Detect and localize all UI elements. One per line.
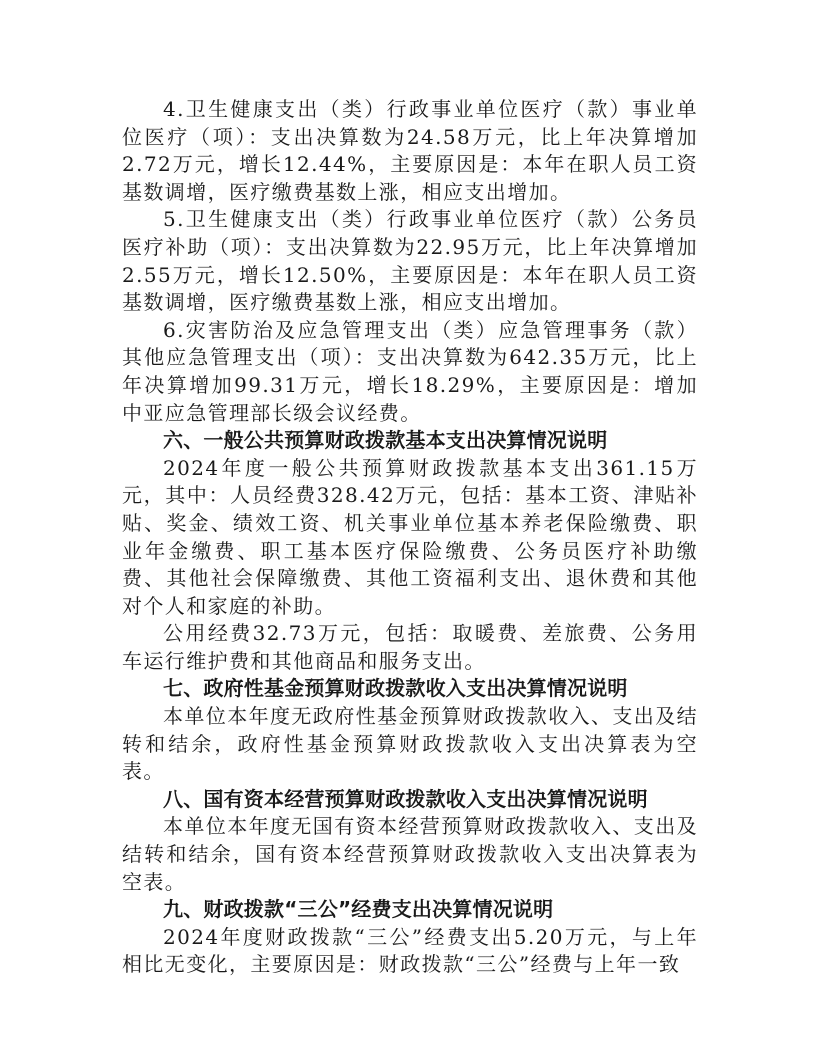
section-heading-6: 六、一般公共预算财政拨款基本支出决算情况说明 xyxy=(122,427,698,455)
section-6-paragraph-1: 2024年度一般公共预算财政拨款基本支出361.15万元，其中：人员经费328.… xyxy=(122,455,698,621)
section-9-paragraph: 2024年度财政拨款“三公”经费支出5.20万元，与上年相比无变化，主要原因是：… xyxy=(122,924,698,979)
section-heading-8: 八、国有资本经营预算财政拨款收入支出决算情况说明 xyxy=(122,786,698,814)
document-page: 4.卫生健康支出（类）行政事业单位医疗（款）事业单位医疗（项）：支出决算数为24… xyxy=(122,96,698,979)
paragraph-item-4: 4.卫生健康支出（类）行政事业单位医疗（款）事业单位医疗（项）：支出决算数为24… xyxy=(122,96,698,206)
section-heading-7: 七、政府性基金预算财政拨款收入支出决算情况说明 xyxy=(122,675,698,703)
section-6-paragraph-2: 公用经费32.73万元，包括：取暖费、差旅费、公务用车运行维护费和其他商品和服务… xyxy=(122,620,698,675)
section-heading-9: 九、财政拨款“三公”经费支出决算情况说明 xyxy=(122,896,698,924)
paragraph-item-5: 5.卫生健康支出（类）行政事业单位医疗（款）公务员医疗补助（项）：支出决算数为2… xyxy=(122,206,698,316)
paragraph-item-6: 6.灾害防治及应急管理支出（类）应急管理事务（款）其他应急管理支出（项）：支出决… xyxy=(122,317,698,427)
section-8-paragraph: 本单位本年度无国有资本经营预算财政拨款收入、支出及结转和结余，国有资本经营预算财… xyxy=(122,813,698,896)
section-7-paragraph: 本单位本年度无政府性基金预算财政拨款收入、支出及结转和结余，政府性基金预算财政拨… xyxy=(122,703,698,786)
